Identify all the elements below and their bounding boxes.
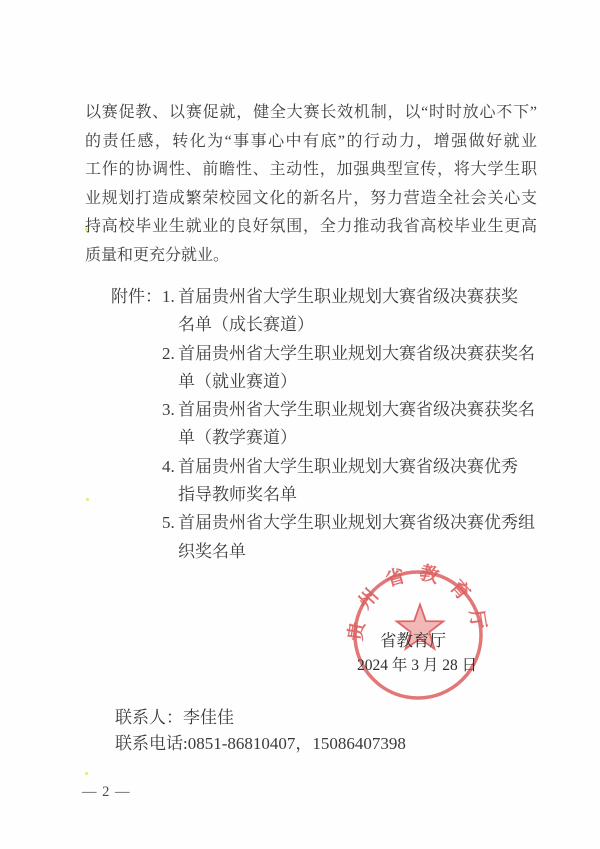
attachment-row: 5. 首届贵州省大学生职业规划大赛省级决赛优秀组: [111, 509, 551, 537]
signature-date: 2024 年 3 月 28 日: [357, 653, 477, 675]
paragraph-line: 质量和更充分就业。: [85, 242, 537, 271]
attachment-row: 附件： 1. 首届贵州省大学生职业规划大赛省级决赛获奖: [111, 283, 551, 311]
attachment-item-text: 单（教学赛道）: [178, 424, 297, 452]
body-paragraph: 以赛促教、以赛促就，健全大赛长效机制，以“时时放心不下” 的责任感，转化为“事事…: [85, 99, 537, 271]
attachment-item-text: 织奖名单: [178, 538, 246, 566]
attachment-row: 3. 首届贵州省大学生职业规划大赛省级决赛获奖名: [111, 396, 551, 424]
attachment-item-number: 2.: [162, 340, 175, 368]
signature-agency: 省教育厅: [380, 627, 446, 651]
attachment-item-number: 1.: [162, 283, 175, 311]
attachment-item-text: 单（就业赛道）: [178, 368, 297, 396]
attachment-row: 单（教学赛道）: [111, 424, 551, 452]
attachment-list: 附件： 1. 首届贵州省大学生职业规划大赛省级决赛获奖 名单（成长赛道） 2. …: [111, 283, 551, 566]
paragraph-line: 持高校毕业生就业的良好氛围，全力推动我省高校毕业生更高: [85, 213, 537, 242]
paragraph-line: 的责任感，转化为“事事心中有底”的行动力，增强做好就业: [85, 128, 537, 157]
attachment-item-text: 首届贵州省大学生职业规划大赛省级决赛获奖名: [178, 396, 535, 424]
scan-artifact-dot: [85, 228, 88, 231]
attachment-item-number: 4.: [162, 453, 175, 481]
attachment-item-number: 5.: [162, 509, 175, 537]
paragraph-line: 以赛促教、以赛促就，健全大赛长效机制，以“时时放心不下”: [85, 99, 537, 128]
contact-phone: 联系电话:0851-86810407，15086407398: [115, 731, 406, 757]
attachment-row: 单（就业赛道）: [111, 368, 551, 396]
attachment-label: 附件：: [111, 283, 162, 311]
paragraph-line: 业规划打造成繁荣校园文化的新名片，努力营造全社会关心支: [85, 185, 537, 214]
contact-person: 联系人：李佳佳: [115, 705, 406, 731]
page-number: — 2 —: [82, 784, 131, 801]
attachment-row: 指导教师奖名单: [111, 481, 551, 509]
attachment-item-text: 首届贵州省大学生职业规划大赛省级决赛获奖名: [178, 340, 535, 368]
attachment-item-text: 首届贵州省大学生职业规划大赛省级决赛优秀: [178, 453, 518, 481]
attachment-row: 2. 首届贵州省大学生职业规划大赛省级决赛获奖名: [111, 340, 551, 368]
scan-artifact-dot: [85, 772, 88, 775]
paragraph-line: 工作的协调性、前瞻性、主动性，加强典型宣传，将大学生职: [85, 156, 537, 185]
document-page: 以赛促教、以赛促就，健全大赛长效机制，以“时时放心不下” 的责任感，转化为“事事…: [0, 0, 600, 849]
attachment-item-text: 首届贵州省大学生职业规划大赛省级决赛获奖: [178, 283, 518, 311]
attachment-row: 名单（成长赛道）: [111, 311, 551, 339]
attachment-item-number: 3.: [162, 396, 175, 424]
attachment-item-text: 名单（成长赛道）: [178, 311, 314, 339]
attachment-item-text: 指导教师奖名单: [178, 481, 297, 509]
attachment-item-text: 首届贵州省大学生职业规划大赛省级决赛优秀组: [178, 509, 535, 537]
scan-artifact-dot: [86, 498, 89, 501]
contact-block: 联系人：李佳佳 联系电话:0851-86810407，15086407398: [115, 705, 406, 756]
attachment-row: 4. 首届贵州省大学生职业规划大赛省级决赛优秀: [111, 453, 551, 481]
